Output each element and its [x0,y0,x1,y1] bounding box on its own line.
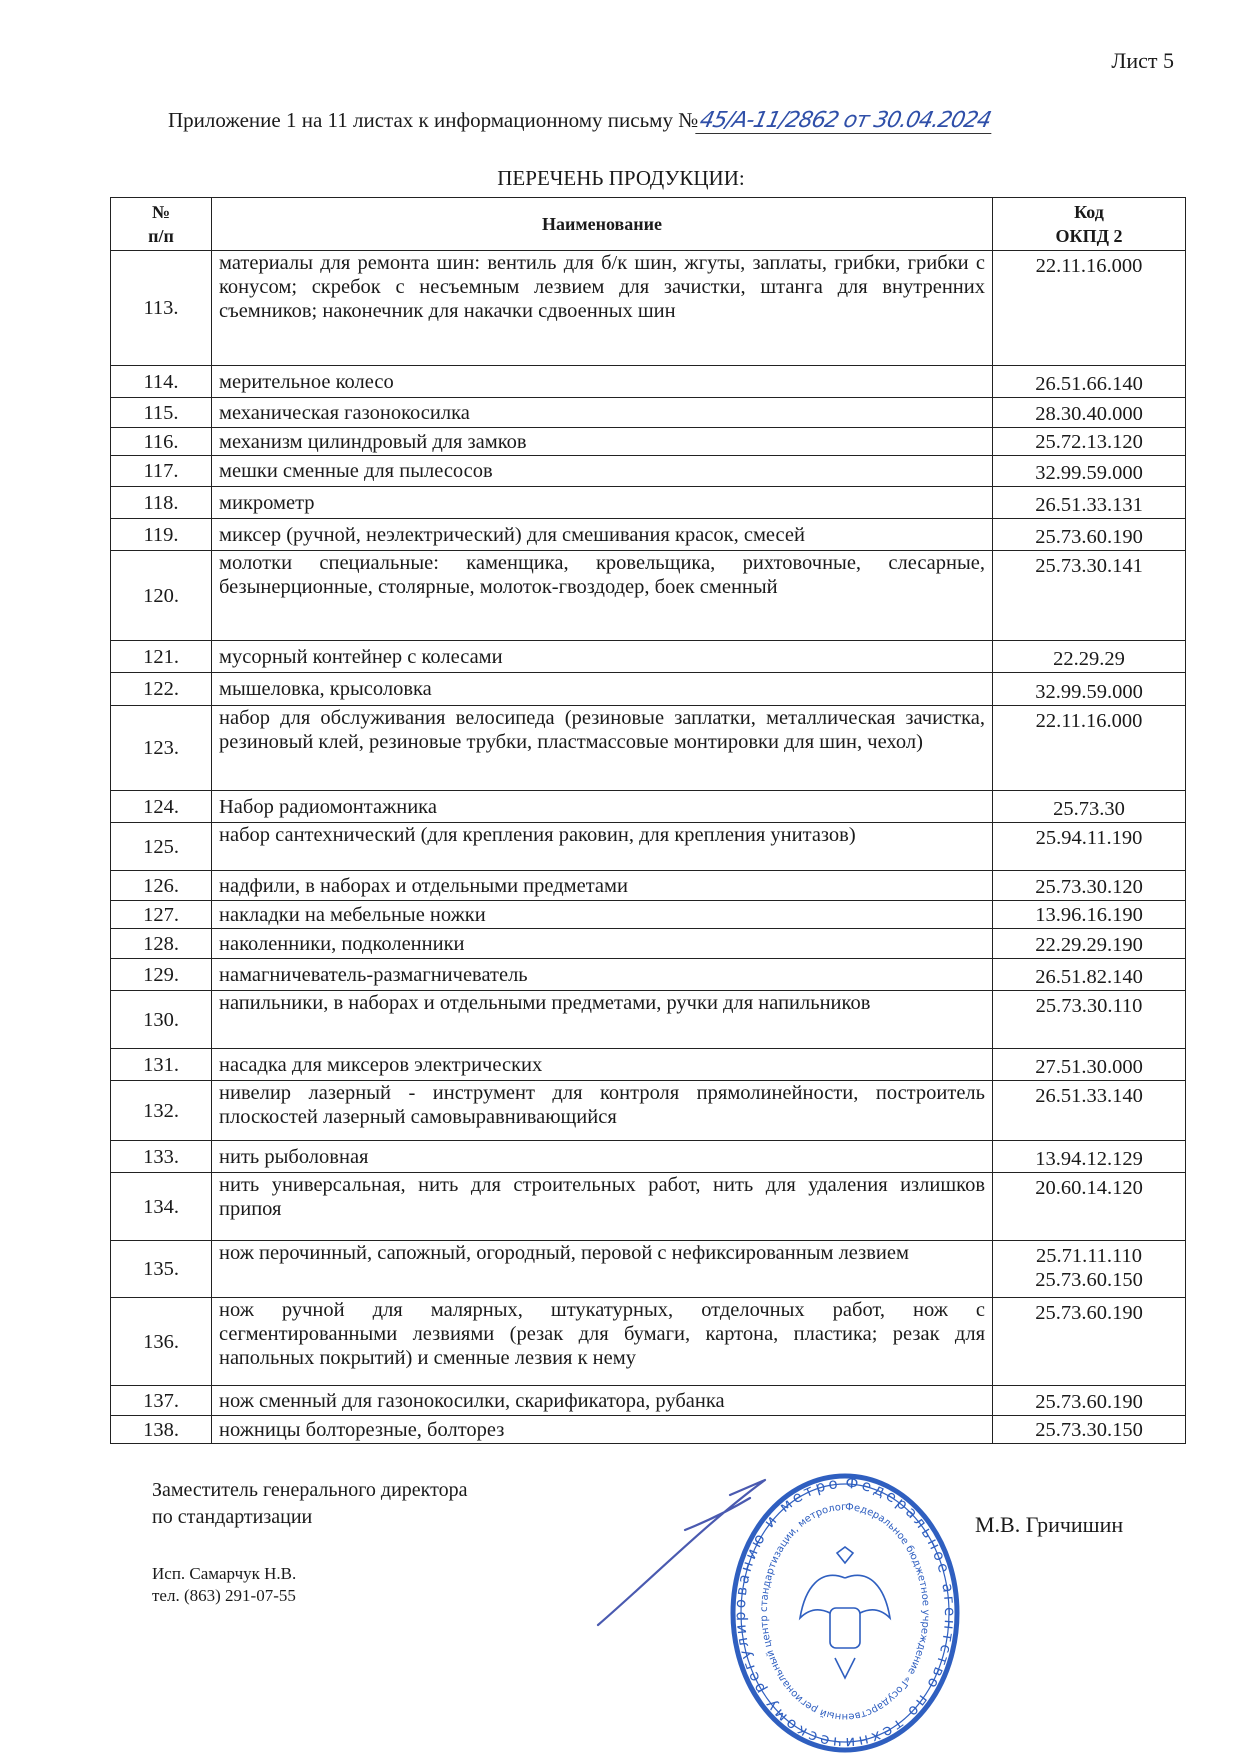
okpd2-code-value: 27.51.30.000 [1000,1055,1178,1079]
column-header-number: № п/п [111,198,212,251]
okpd2-code-value: 22.11.16.000 [1000,254,1178,278]
row-number: 132. [111,1081,212,1141]
table-row: 119.миксер (ручной, неэлектрический) для… [111,519,1186,551]
position-line1: Заместитель генерального директора [152,1477,468,1504]
product-name: Набор радиомонтажника [212,791,993,823]
column-header-name: Наименование [212,198,993,251]
okpd2-code-value: 25.72.13.120 [1000,430,1178,454]
row-number: 123. [111,706,212,791]
okpd2-code: 25.71.11.11025.73.60.150 [993,1241,1186,1298]
row-number: 113. [111,251,212,366]
table-header-row: № п/п Наименование Код ОКПД 2 [111,198,1186,251]
okpd2-code-value: 32.99.59.000 [1000,461,1178,485]
okpd2-code: 25.72.13.120 [993,428,1186,456]
okpd2-code: 25.73.30.110 [993,991,1186,1049]
okpd2-code: 22.11.16.000 [993,706,1186,791]
row-number: 134. [111,1173,212,1241]
okpd2-code-value: 20.60.14.120 [1000,1176,1178,1200]
official-seal-icon: Федеральное агентство по техническому ре… [725,1468,965,1755]
table-row: 114.мерительное колесо26.51.66.140 [111,366,1186,398]
okpd2-code-value: 25.73.60.150 [1000,1268,1178,1292]
okpd2-code: 25.73.30.120 [993,871,1186,901]
table-row: 129.намагничеватель-размагничеватель26.5… [111,959,1186,991]
okpd2-code: 25.94.11.190 [993,823,1186,871]
column-header-code-line2: ОКПД 2 [1056,226,1123,246]
product-name: мешки сменные для пылесосов [212,456,993,487]
row-number: 131. [111,1049,212,1081]
row-number: 119. [111,519,212,551]
product-name: наколенники, подколенники [212,929,993,959]
appendix-text: Приложение 1 на 11 листах к информационн… [168,108,698,132]
okpd2-code: 27.51.30.000 [993,1049,1186,1081]
okpd2-code-value: 26.51.82.140 [1000,965,1178,989]
okpd2-code: 25.73.30.150 [993,1416,1186,1444]
okpd2-code-value: 25.73.30.150 [1000,1418,1178,1442]
table-row: 134.нить универсальная, нить для строите… [111,1173,1186,1241]
executor-phone: тел. (863) 291-07-55 [152,1585,296,1607]
product-name: механизм цилиндровый для замков [212,428,993,456]
product-name: механическая газонокосилка [212,398,993,428]
okpd2-code: 22.29.29 [993,641,1186,673]
table-row: 125.набор сантехнический (для крепления … [111,823,1186,871]
product-name: набор сантехнический (для крепления рако… [212,823,993,871]
table-body: 113.материалы для ремонта шин: вентиль д… [111,251,1186,1444]
row-number: 130. [111,991,212,1049]
table-row: 131.насадка для миксеров электрических27… [111,1049,1186,1081]
row-number: 117. [111,456,212,487]
column-header-code: Код ОКПД 2 [993,198,1186,251]
row-number: 137. [111,1386,212,1416]
product-name: накладки на мебельные ножки [212,901,993,929]
table-row: 120.молотки специальные: каменщика, кров… [111,551,1186,641]
product-list-table: № п/п Наименование Код ОКПД 2 113.матери… [110,197,1186,1444]
okpd2-code: 13.96.16.190 [993,901,1186,929]
okpd2-code: 25.73.60.190 [993,519,1186,551]
okpd2-code-value: 25.73.30 [1000,797,1178,821]
product-name: мерительное колесо [212,366,993,398]
row-number: 127. [111,901,212,929]
sheet-number: Лист 5 [1111,48,1174,74]
row-number: 135. [111,1241,212,1298]
okpd2-code: 20.60.14.120 [993,1173,1186,1241]
row-number: 136. [111,1298,212,1386]
column-header-number-line1: № [152,202,170,222]
okpd2-code-value: 25.73.30.110 [1000,994,1178,1018]
product-name: нож перочинный, сапожный, огородный, пер… [212,1241,993,1298]
product-name: нож ручной для малярных, штукатурных, от… [212,1298,993,1386]
list-title: ПЕРЕЧЕНЬ ПРОДУКЦИИ: [0,166,1242,191]
product-name: надфили, в наборах и отдельными предмета… [212,871,993,901]
position-line2: по стандартизации [152,1504,468,1531]
table-row: 130.напильники, в наборах и отдельными п… [111,991,1186,1049]
row-number: 138. [111,1416,212,1444]
table-row: 123.набор для обслуживания велосипеда (р… [111,706,1186,791]
okpd2-code: 25.73.30 [993,791,1186,823]
okpd2-code-value: 25.73.30.141 [1000,554,1178,578]
row-number: 118. [111,487,212,519]
row-number: 133. [111,1141,212,1173]
table-row: 113.материалы для ремонта шин: вентиль д… [111,251,1186,366]
appendix-line: Приложение 1 на 11 листах к информационн… [168,108,994,134]
row-number: 125. [111,823,212,871]
product-name: нить рыболовная [212,1141,993,1173]
row-number: 121. [111,641,212,673]
row-number: 126. [111,871,212,901]
product-name: миксер (ручной, неэлектрический) для сме… [212,519,993,551]
okpd2-code: 26.51.82.140 [993,959,1186,991]
table-row: 133.нить рыболовная13.94.12.129 [111,1141,1186,1173]
okpd2-code: 32.99.59.000 [993,673,1186,706]
table-row: 122.мышеловка, крысоловка32.99.59.000 [111,673,1186,706]
okpd2-code: 25.73.30.141 [993,551,1186,641]
okpd2-code-value: 22.11.16.000 [1000,709,1178,733]
okpd2-code-value: 32.99.59.000 [1000,680,1178,704]
table-row: 135.нож перочинный, сапожный, огородный,… [111,1241,1186,1298]
table-row: 136.нож ручной для малярных, штукатурных… [111,1298,1186,1386]
product-name: набор для обслуживания велосипеда (резин… [212,706,993,791]
okpd2-code: 13.94.12.129 [993,1141,1186,1173]
okpd2-code-value: 22.29.29.190 [1000,933,1178,957]
product-name: молотки специальные: каменщика, кровельщ… [212,551,993,641]
letter-number-handwritten: 45/А-11/2862 от 30.04.2024 [696,108,998,134]
table-row: 124.Набор радиомонтажника25.73.30 [111,791,1186,823]
okpd2-code: 26.51.33.131 [993,487,1186,519]
row-number: 115. [111,398,212,428]
table-row: 132.нивелир лазерный - инструмент для ко… [111,1081,1186,1141]
table-row: 128.наколенники, подколенники22.29.29.19… [111,929,1186,959]
table-row: 121.мусорный контейнер с колесами22.29.2… [111,641,1186,673]
okpd2-code: 32.99.59.000 [993,456,1186,487]
executor-block: Исп. Самарчук Н.В. тел. (863) 291-07-55 [152,1563,296,1607]
table-row: 117.мешки сменные для пылесосов32.99.59.… [111,456,1186,487]
row-number: 128. [111,929,212,959]
product-name: нож сменный для газонокосилки, скарифика… [212,1386,993,1416]
okpd2-code-value: 26.51.66.140 [1000,372,1178,396]
okpd2-code-value: 28.30.40.000 [1000,402,1178,426]
okpd2-code: 22.29.29.190 [993,929,1186,959]
row-number: 114. [111,366,212,398]
table-row: 127.накладки на мебельные ножки13.96.16.… [111,901,1186,929]
product-name: мусорный контейнер с колесами [212,641,993,673]
product-name: напильники, в наборах и отдельными предм… [212,991,993,1049]
table-row: 137.нож сменный для газонокосилки, скари… [111,1386,1186,1416]
table-row: 126.надфили, в наборах и отдельными пред… [111,871,1186,901]
okpd2-code-value: 13.96.16.190 [1000,903,1178,927]
okpd2-code-value: 25.94.11.190 [1000,826,1178,850]
okpd2-code: 22.11.16.000 [993,251,1186,366]
okpd2-code-value: 26.51.33.131 [1000,493,1178,517]
signatory-position: Заместитель генерального директора по ст… [152,1477,468,1531]
okpd2-code: 26.51.33.140 [993,1081,1186,1141]
product-name: мышеловка, крысоловка [212,673,993,706]
table-row: 118.микрометр26.51.33.131 [111,487,1186,519]
signatory-name: М.В. Гричишин [975,1512,1123,1538]
row-number: 122. [111,673,212,706]
table-row: 116.механизм цилиндровый для замков25.72… [111,428,1186,456]
table-row: 115.механическая газонокосилка28.30.40.0… [111,398,1186,428]
okpd2-code-value: 25.71.11.110 [1000,1244,1178,1268]
okpd2-code-value: 26.51.33.140 [1000,1084,1178,1108]
okpd2-code-value: 22.29.29 [1000,647,1178,671]
row-number: 116. [111,428,212,456]
row-number: 120. [111,551,212,641]
executor-name: Исп. Самарчук Н.В. [152,1563,296,1585]
product-name: нивелир лазерный - инструмент для контро… [212,1081,993,1141]
column-header-number-line2: п/п [148,226,174,246]
okpd2-code-value: 25.73.60.190 [1000,1301,1178,1325]
okpd2-code: 25.73.60.190 [993,1386,1186,1416]
product-name: нить универсальная, нить для строительны… [212,1173,993,1241]
product-name: насадка для миксеров электрических [212,1049,993,1081]
okpd2-code-value: 25.73.60.190 [1000,1390,1178,1414]
product-name: микрометр [212,487,993,519]
product-name: материалы для ремонта шин: вентиль для б… [212,251,993,366]
row-number: 129. [111,959,212,991]
product-name: намагничеватель-размагничеватель [212,959,993,991]
okpd2-code-value: 25.73.30.120 [1000,875,1178,899]
row-number: 124. [111,791,212,823]
column-header-code-line1: Код [1074,202,1104,222]
okpd2-code: 25.73.60.190 [993,1298,1186,1386]
okpd2-code-value: 25.73.60.190 [1000,525,1178,549]
okpd2-code: 26.51.66.140 [993,366,1186,398]
okpd2-code: 28.30.40.000 [993,398,1186,428]
okpd2-code-value: 13.94.12.129 [1000,1147,1178,1171]
